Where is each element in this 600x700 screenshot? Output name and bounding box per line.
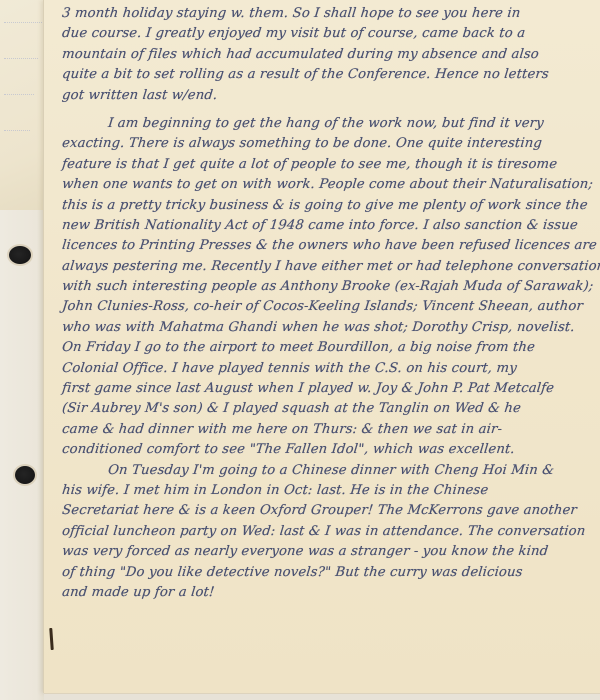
letter-line: exacting. There is always something to b…: [61, 134, 583, 154]
letter-line: (Sir Aubrey M's son) & I played squash a…: [61, 399, 583, 419]
letter-line: this is a pretty tricky business & is go…: [61, 196, 583, 216]
show-through-writing: [4, 130, 30, 132]
letter-line: was very forced as nearly everyone was a…: [61, 542, 583, 562]
letter-line: licences to Printing Presses & the owner…: [61, 236, 583, 256]
punch-hole-icon: [9, 246, 31, 264]
letter-line: came & had dinner with me here on Thurs:…: [61, 420, 583, 440]
letter-line: On Tuesday I'm going to a Chinese dinner…: [61, 461, 583, 481]
letter-line: his wife. I met him in London in Oct: la…: [61, 481, 583, 501]
letter-line: conditioned comfort to see "The Fallen I…: [61, 440, 583, 460]
letter-line: quite a bit to set rolling as a result o…: [61, 65, 583, 85]
letter-line: I am beginning to get the hang of the wo…: [61, 114, 583, 134]
letter-line: with such interesting people as Anthony …: [61, 277, 583, 297]
letter-line: 3 month holiday staying w. them. So I sh…: [61, 4, 583, 24]
letter-line: new British Nationality Act of 1948 came…: [61, 216, 583, 236]
show-through-writing: [4, 58, 38, 60]
letter-line: Colonial Office. I have played tennis wi…: [61, 359, 583, 379]
show-through-writing: [4, 94, 34, 96]
letter-line: official luncheon party on Wed: last & I…: [61, 522, 583, 542]
punch-hole-icon: [15, 466, 35, 484]
letter-line: and made up for a lot!: [61, 583, 583, 603]
letter-body: 3 month holiday staying w. them. So I sh…: [62, 4, 582, 603]
letter-line: when one wants to get on with work. Peop…: [61, 175, 583, 195]
letter-line: Secretariat here & is a keen Oxford Grou…: [61, 501, 583, 521]
page-bottom-edge: [44, 693, 600, 700]
letter-line: due course. I greatly enjoyed my visit b…: [61, 24, 583, 44]
show-through-writing: [4, 22, 44, 24]
letter-line: who was with Mahatma Ghandi when he was …: [61, 318, 583, 338]
letter-line: first game since last August when I play…: [61, 379, 583, 399]
letter-line: got written last w/end.: [61, 86, 583, 106]
letter-line: always pestering me. Recently I have eit…: [61, 257, 583, 277]
letter-line: of thing "Do you like detective novels?"…: [61, 563, 583, 583]
letter-line: John Clunies-Ross, co-heir of Cocos-Keel…: [61, 297, 583, 317]
letter-line: mountain of files which had accumulated …: [61, 45, 583, 65]
letter-line: feature is that I get quite a lot of peo…: [61, 155, 583, 175]
letter-line: On Friday I go to the airport to meet Bo…: [61, 338, 583, 358]
